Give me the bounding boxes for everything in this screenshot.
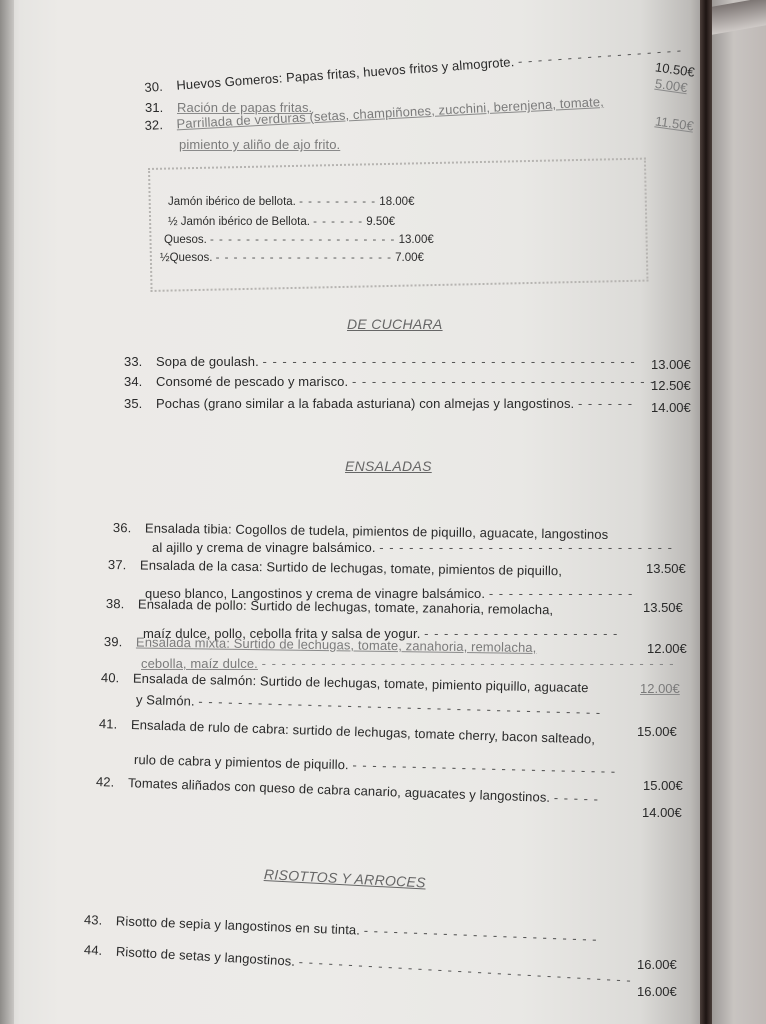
menu-item-41-price: 15.00€	[643, 778, 683, 793]
menu-page: 30.Huevos Gomeros: Papas fritas, huevos …	[0, 0, 705, 1024]
menu-item-39-price: 12.00€	[640, 681, 680, 696]
menu-item-41: 41.Ensalada de rulo de cabra: surtido de…	[99, 716, 596, 747]
menu-item-36-price: 13.50€	[646, 561, 686, 576]
menu-item-30: 30.Huevos Gomeros: Papas fritas, huevos …	[144, 42, 683, 95]
menu-item-36: 36.Ensalada tibia: Cogollos de tudela, p…	[113, 520, 608, 542]
menu-binding	[700, 0, 712, 1024]
boxed-item: Quesos. - - - - - - - - - - - - - - - - …	[164, 234, 434, 246]
menu-item-43: 43.Risotto de sepia y langostinos en su …	[84, 912, 598, 947]
menu-item-33-price: 13.00€	[651, 357, 691, 372]
menu-item-44: 44.Risotto de setas y langostinos. - - -…	[84, 942, 633, 988]
menu-item-42: 42.Tomates aliñados con queso de cabra c…	[96, 774, 599, 807]
menu-item-40: 40.Ensalada de salmón: Surtido de lechug…	[101, 670, 589, 695]
menu-item-33: 33.Sopa de goulash. - - - - - - - - - - …	[124, 354, 636, 369]
menu-item-36-line2: al ajillo y crema de vinagre balsámico. …	[152, 540, 673, 555]
section-title-risottos: RISOTTOS Y ARROCES	[264, 866, 427, 890]
menu-item-39-line2: cebolla, maíz dulce. - - - - - - - - - -…	[141, 656, 675, 671]
boxed-item: ½ Jamón ibérico de Bellota. - - - - - - …	[168, 216, 395, 228]
page-clip	[712, 0, 766, 35]
menu-item-43-price: 16.00€	[637, 957, 677, 972]
menu-item-34: 34.Consomé de pescado y marisco. - - - -…	[124, 374, 656, 389]
menu-item-37: 37.Ensalada de la casa: Surtido de lechu…	[108, 557, 562, 578]
section-title-ensaladas: ENSALADAS	[345, 458, 432, 474]
menu-item-31-price: 5.00€	[654, 76, 688, 95]
menu-item-32-line2: pimiento y aliño de ajo frito.	[179, 137, 340, 152]
menu-item-35-price: 14.00€	[651, 400, 691, 415]
menu-item-37-price: 13.50€	[643, 600, 683, 615]
menu-item-35: 35.Pochas (grano similar a la fabada ast…	[124, 396, 633, 411]
boxed-item: Jamón ibérico de bellota. - - - - - - - …	[168, 196, 414, 208]
menu-item-44-price: 16.00€	[637, 984, 677, 999]
menu-item-38-price: 12.00€	[647, 641, 687, 656]
section-title-de-cuchara: DE CUCHARA	[347, 316, 443, 332]
menu-item-40-price: 15.00€	[637, 724, 677, 739]
next-page-edge	[712, 0, 766, 1024]
menu-item-34-price: 12.50€	[651, 378, 691, 393]
menu-item-40-line2: y Salmón. - - - - - - - - - - - - - - - …	[136, 692, 602, 720]
menu-item-32-price: 11.50€	[654, 113, 695, 133]
menu-item-41-line2: rulo de cabra y pimientos de piquillo. -…	[134, 752, 617, 779]
boxed-item: ½Quesos. - - - - - - - - - - - - - - - -…	[160, 252, 424, 264]
menu-item-42-price: 14.00€	[642, 805, 682, 820]
